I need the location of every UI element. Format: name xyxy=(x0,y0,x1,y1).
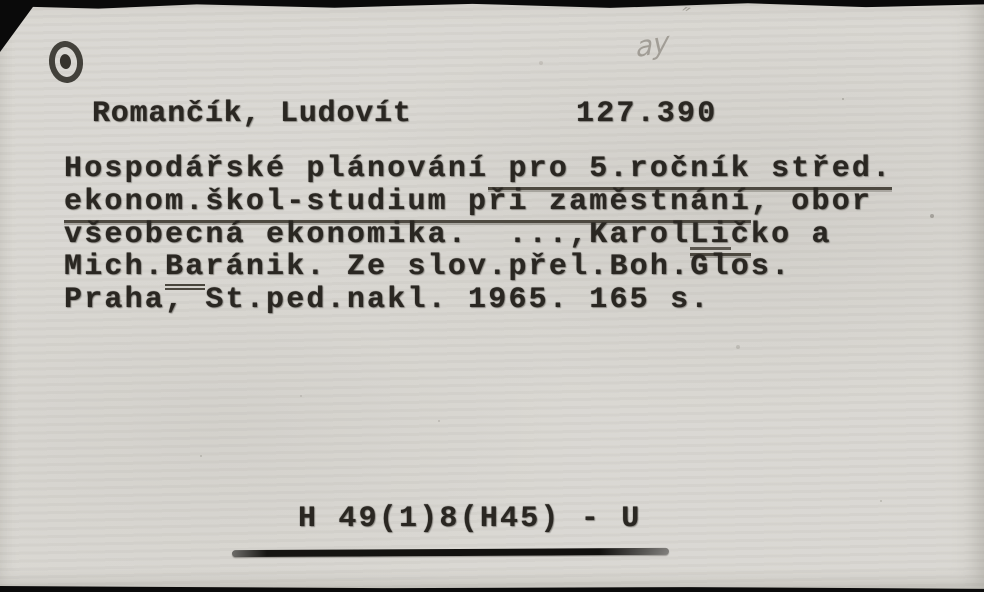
bib-line-2: ekonom.škol-studium při zaměstnání, obor xyxy=(64,185,872,219)
pencil-tick-annotation: ″ xyxy=(678,3,691,29)
scan-edge-bottom xyxy=(0,585,984,592)
surname-segment-overlined: Gl xyxy=(690,247,730,284)
punch-hole-center-dot xyxy=(59,53,72,69)
shelf-mark: H 49(1)8(H45) - U xyxy=(298,502,641,536)
pencil-note-annotation: ay xyxy=(636,25,669,64)
text-segment-plain: os. xyxy=(731,250,792,284)
author-heading: Romančík, Ludovít xyxy=(92,97,412,131)
imprint-text: Praha, St.ped.nakl. 1965. 165 s. xyxy=(64,283,711,317)
scan-speckles xyxy=(0,0,2,2)
punch-hole-ring-icon xyxy=(47,39,86,85)
text-segment-plain: všeobecná ekonomika. ...,Karol xyxy=(64,218,690,252)
catalog-card: ″ ay Romančík, Ludovít 127.390 Hospodářs… xyxy=(0,0,984,592)
scan-corner-top-left xyxy=(0,0,38,52)
bib-line-5-imprint: Praha, St.ped.nakl. 1965. 165 s. xyxy=(64,283,711,317)
text-segment-plain: Mich. xyxy=(64,250,165,284)
title-segment-plain: Hospodářské plánování xyxy=(64,152,488,186)
bib-line-4: Mich.Baránik. Ze slov.přel.Boh.Glos. xyxy=(64,250,791,284)
title-segment-plain: , obor xyxy=(751,185,872,219)
shelf-mark-rule xyxy=(232,548,669,557)
call-number: 127.390 xyxy=(576,97,717,131)
bib-line-1: Hospodářské plánování pro 5.ročník střed… xyxy=(64,152,892,186)
text-segment-plain: ko a xyxy=(751,218,832,252)
text-segment-plain: ránik. Ze slov.přel.Boh. xyxy=(205,250,690,284)
scan-edge-top xyxy=(0,0,984,11)
